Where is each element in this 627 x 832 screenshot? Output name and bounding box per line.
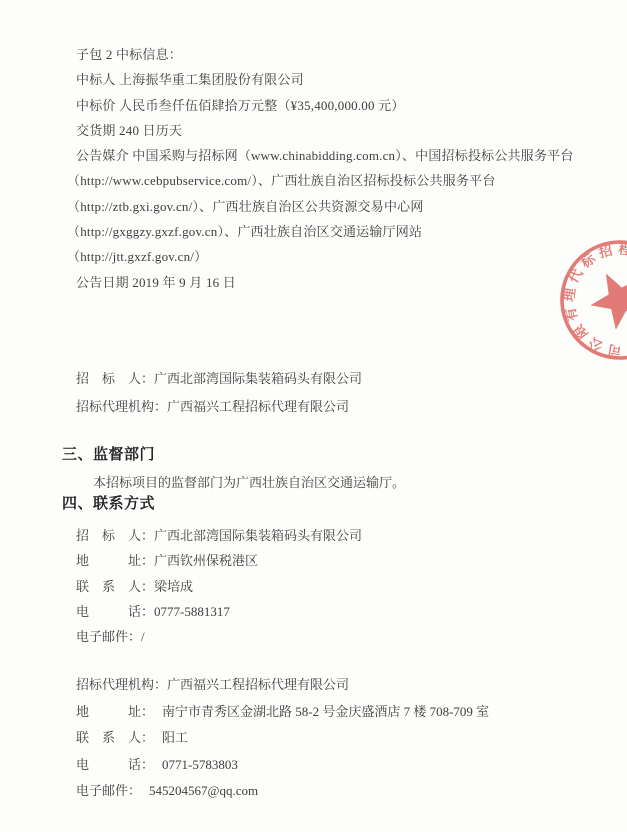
agency-line: 招标代理机构：广西福兴工程招标代理有限公司 — [76, 393, 362, 421]
announcement-media-url: （http://www.cebpubservice.com/）、广西壮族自治区招… — [67, 168, 576, 193]
contact-row: 联 系 人：阳工 — [76, 725, 489, 752]
delivery-period-line: 交货期 240 日历天 — [76, 118, 576, 143]
tenderer-label: 招 标 人： — [76, 371, 154, 386]
supervision-heading: 三、监督部门 — [62, 446, 155, 464]
contact-row: 电子邮件：/ — [76, 624, 362, 649]
company-seal: 司公限有理代标招程工兴福西广 — [550, 230, 627, 370]
tenderer-contact-block: 招 标 人：广西北部湾国际集装箱码头有限公司 地 址：广西钦州保税港区 联 系 … — [76, 523, 362, 649]
contact-row: 地 址：广西钦州保税港区 — [76, 548, 362, 573]
contact-label: 联 系 人： — [76, 579, 154, 594]
contact-row: 电 话：0771-5783803 — [76, 752, 489, 779]
contact-label: 招 标 人： — [76, 528, 154, 543]
contact-heading: 四、联系方式 — [62, 495, 155, 513]
contact-row: 招 标 人：广西北部湾国际集装箱码头有限公司 — [76, 523, 362, 548]
announcement-date-line: 公告日期 2019 年 9 月 16 日 — [76, 270, 576, 295]
contact-label: 地 址： — [76, 704, 154, 719]
winning-bidder-line: 中标人 上海振华重工集团股份有限公司 — [76, 67, 576, 92]
announcement-media-url: （http://ztb.gxi.gov.cn/）、广西壮族自治区公共资源交易中心… — [67, 194, 576, 219]
agency-name: 广西福兴工程招标代理有限公司 — [167, 399, 349, 414]
contact-label: 地 址： — [76, 553, 154, 568]
announcement-media-url: （http://gxggzy.gxzf.gov.cn）、广西壮族自治区交通运输厅… — [67, 219, 576, 244]
contact-label: 电 话： — [76, 604, 154, 619]
contact-value: 阳工 — [162, 730, 188, 745]
contact-label: 电 话： — [76, 757, 154, 772]
contact-label: 电子邮件： — [76, 783, 141, 798]
contact-value: 梁培成 — [154, 579, 193, 594]
tenderer-name: 广西北部湾国际集装箱码头有限公司 — [154, 371, 362, 386]
contact-value: 南宁市青秀区金湖北路 58-2 号金庆盛酒店 7 楼 708-709 室 — [162, 704, 489, 719]
seal-star-icon — [586, 268, 627, 334]
agency-contact-block: 招标代理机构：广西福兴工程招标代理有限公司 地 址：南宁市青秀区金湖北路 58-… — [76, 672, 489, 805]
award-info-section: 子包 2 中标信息： 中标人 上海振华重工集团股份有限公司 中标价 人民币叁仟伍… — [76, 42, 576, 295]
contact-value: / — [141, 629, 145, 644]
contact-label: 电子邮件： — [76, 629, 141, 644]
document-page: 子包 2 中标信息： 中标人 上海振华重工集团股份有限公司 中标价 人民币叁仟伍… — [0, 0, 627, 832]
contact-value: 0771-5783803 — [162, 757, 238, 772]
supervision-body: 本招标项目的监督部门为广西壮族自治区交通运输厅。 — [93, 474, 405, 492]
parties-section: 招 标 人：广西北部湾国际集装箱码头有限公司 招标代理机构：广西福兴工程招标代理… — [76, 365, 362, 421]
contact-value: 广西钦州保税港区 — [154, 553, 258, 568]
contact-row: 电子邮件：545204567@qq.com — [76, 778, 489, 805]
contact-label: 招标代理机构： — [76, 677, 167, 692]
contact-label: 联 系 人： — [76, 730, 154, 745]
contact-row: 招标代理机构：广西福兴工程招标代理有限公司 — [76, 672, 489, 699]
contact-value: 0777-5881317 — [154, 604, 230, 619]
subpackage-title: 子包 2 中标信息： — [76, 42, 576, 67]
announcement-media-url: （http://jtt.gxzf.gov.cn/） — [67, 244, 576, 269]
winning-price-line: 中标价 人民币叁仟伍佰肆拾万元整（¥35,400,000.00 元） — [76, 93, 576, 118]
tenderer-line: 招 标 人：广西北部湾国际集装箱码头有限公司 — [76, 365, 362, 393]
contact-value: 广西北部湾国际集装箱码头有限公司 — [154, 528, 362, 543]
contact-value: 545204567@qq.com — [149, 783, 258, 798]
agency-label: 招标代理机构： — [76, 399, 167, 414]
contact-value: 广西福兴工程招标代理有限公司 — [167, 677, 349, 692]
announcement-media-line: 公告媒介 中国采购与招标网（www.chinabidding.com.cn）、中… — [76, 143, 576, 168]
contact-row: 地 址：南宁市青秀区金湖北路 58-2 号金庆盛酒店 7 楼 708-709 室 — [76, 699, 489, 726]
contact-row: 电 话：0777-5881317 — [76, 599, 362, 624]
contact-row: 联 系 人：梁培成 — [76, 574, 362, 599]
